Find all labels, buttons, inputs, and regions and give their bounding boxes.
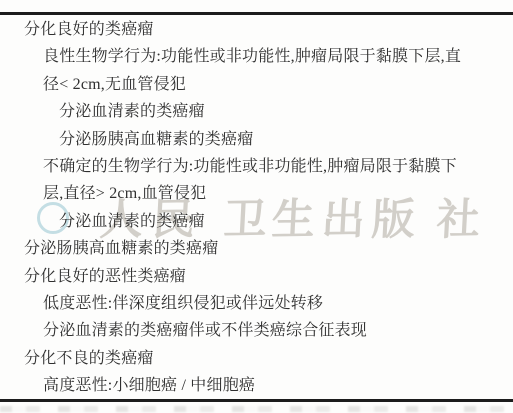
list-line: 分化不良的类癌瘤 bbox=[0, 345, 513, 372]
bottom-rule bbox=[0, 399, 513, 402]
list-line: 分泌血清素的类癌瘤 bbox=[0, 98, 513, 125]
list-line: 低度恶性:伴深度组织侵犯或伴远处转移 bbox=[0, 290, 513, 317]
classification-list: 分化良好的类癌瘤良性生物学行为:功能性或非功能性,肿瘤局限于黏膜下层,直径< 2… bbox=[0, 16, 513, 399]
list-line: 分泌肠胰高血糖素的类癌瘤 bbox=[0, 126, 513, 153]
list-line: 分化良好的类癌瘤 bbox=[0, 16, 513, 43]
list-line: 不确定的生物学行为:功能性或非功能性,肿瘤局限于黏膜下 bbox=[0, 153, 513, 180]
list-line: 分化良好的恶性类癌瘤 bbox=[0, 263, 513, 290]
scan-artifact-strip bbox=[0, 406, 513, 412]
list-line: 分泌血清素的类癌瘤 bbox=[0, 208, 513, 235]
top-rule bbox=[0, 12, 513, 15]
list-line: 分泌肠胰高血糖素的类癌瘤 bbox=[0, 235, 513, 262]
list-line: 高度恶性:小细胞癌 / 中细胞癌 bbox=[0, 372, 513, 399]
list-line: 分泌血清素的类癌瘤伴或不伴类癌综合征表现 bbox=[0, 317, 513, 344]
list-line: 良性生物学行为:功能性或非功能性,肿瘤局限于黏膜下层,直 bbox=[0, 43, 513, 70]
list-line: 层,直径> 2cm,血管侵犯 bbox=[0, 180, 513, 207]
list-line: 径< 2cm,无血管侵犯 bbox=[0, 71, 513, 98]
scanned-document-page: 人民卫生出版社 分化良好的类癌瘤良性生物学行为:功能性或非功能性,肿瘤局限于黏膜… bbox=[0, 0, 513, 413]
